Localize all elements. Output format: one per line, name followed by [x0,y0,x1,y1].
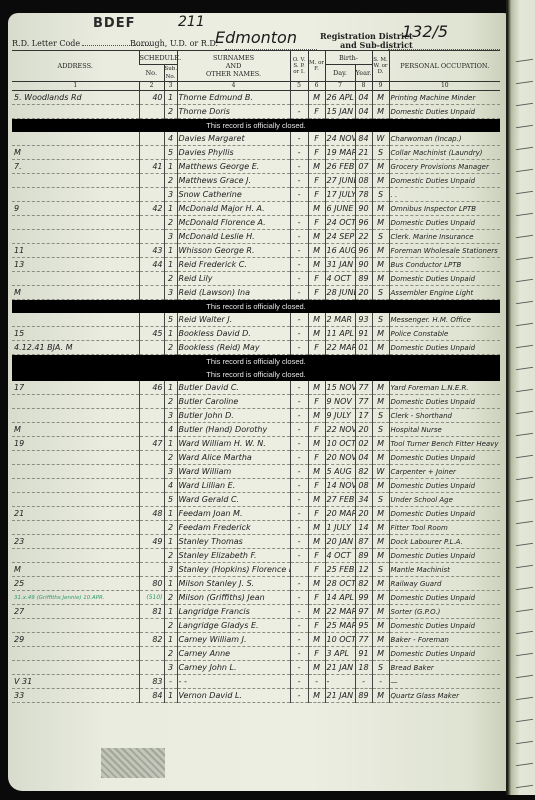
borough-label: Borough, U.D. or R.D. [130,39,218,48]
birth-day-cell: 6 JUNE [325,202,355,216]
table-row: 4Davies Margaret-F24 NOV84WCharwoman (In… [12,132,500,146]
schedule-sub-cell: 1 [164,535,177,549]
occupation-cell: Clerk - Shorthand [389,409,500,423]
table-row: 19471Ward William H. W. N.-M10 OCT02MToo… [12,437,500,451]
birth-day-cell: 2 MAR [325,313,355,327]
sex-cell: F [308,549,325,563]
birth-year-cell: 89 [355,689,372,703]
occupation-cell: Quartz Glass Maker [389,689,500,703]
marital-cell: M [372,507,389,521]
schedule-sub-cell: 2 [164,105,177,119]
birth-day-cell: 9 JULY [325,409,355,423]
schedule-no-cell: 45 [139,327,164,341]
birth-day-cell: 17 JULY [325,188,355,202]
name-cell: McDonald Florence A. [177,216,290,230]
schedule-sub-cell: 2 [164,549,177,563]
table-row: 25801Milson Stanley J. S.-M28 OCT82MRail… [12,577,500,591]
schedule-sub-cell: 2 [164,174,177,188]
name-cell: Matthews George E. [177,160,290,174]
birth-year-cell: 04 [355,105,372,119]
ruled-line [516,697,533,700]
name-cell: Butler David C. [177,381,290,395]
table-row: 15451Bookless David D.-M11 APL91MPolice … [12,327,500,341]
table-row: 4Ward Lillian E.-F14 NOV08MDomestic Duti… [12,479,500,493]
ovspi-cell: - [290,216,308,230]
name-cell: Reid Walter J. [177,313,290,327]
occupation-cell: Omnibus Inspector LPTB [389,202,500,216]
address-cell: 29 [12,633,139,647]
birth-year-cell: 97 [355,605,372,619]
name-cell: Feedam Joan M. [177,507,290,521]
sex-cell: M [308,437,325,451]
ruled-line [516,499,533,502]
schedule-sub-cell: 1 [164,244,177,258]
table-row: 4.12.41 BJA. M2Bookless (Reid) May-F22 M… [12,341,500,355]
ovspi-cell: - [290,230,308,244]
col-names: SURNAMESANDOTHER NAMES. [177,51,290,82]
occupation-cell: Dock Labourer P.L.A. [389,535,500,549]
closed-record-text: This record is officially closed. [12,119,500,133]
ruled-line [516,785,533,788]
schedule-sub-cell: 5 [164,493,177,507]
ovspi-cell: - [290,549,308,563]
name-cell: Milson (Griffiths) Jean [177,591,290,605]
ruled-line [516,433,533,436]
ruled-line [516,103,533,106]
ruled-line [516,719,533,722]
marital-cell: M [372,605,389,619]
sex-cell: M [308,633,325,647]
birth-day-cell: 24 OCT [325,216,355,230]
ovspi-cell: - [290,591,308,605]
occupation-cell: Tool Turner Bench Fitter Heavy Worker [389,437,500,451]
sex-cell: M [308,493,325,507]
ovspi-cell: - [290,465,308,479]
occupation-cell: Fitter Tool Room [389,521,500,535]
birth-year-cell: 99 [355,591,372,605]
col-occupation: PERSONAL OCCUPATION. [389,51,500,82]
table-row: 5Ward Gerald C.-M27 FEB34SUnder School A… [12,493,500,507]
birth-day-cell: 26 FEB [325,160,355,174]
schedule-no-cell [139,188,164,202]
ruled-line [516,477,533,480]
address-cell: 15 [12,327,139,341]
address-cell [12,174,139,188]
rd-letter-code: BDEF [93,16,135,31]
ovspi-cell: - [290,479,308,493]
ruled-line [516,653,533,656]
schedule-no-cell: 83 [139,675,164,689]
birth-year-cell: 20 [355,423,372,437]
sex-cell: F [308,619,325,633]
marital-cell: M [372,381,389,395]
birth-year-cell: 89 [355,549,372,563]
marital-cell: W [372,132,389,146]
ovspi-cell: - [290,258,308,272]
name-cell: Matthews Grace J. [177,174,290,188]
address-cell: 5. Woodlands Rd [12,91,139,105]
registration-district-label: Registration District and Sub-district [320,32,413,50]
table-row: 2Carney Anne-F3 APL91MDomestic Duties Un… [12,647,500,661]
occupation-cell: Domestic Duties Unpaid [389,619,500,633]
occupation-cell: Baker - Foreman [389,633,500,647]
birth-year-cell: 90 [355,258,372,272]
occupation-cell: Grocery Provisions Manager [389,160,500,174]
sex-cell: F [308,132,325,146]
ruled-line [516,213,533,216]
column-number: 5 [290,82,308,91]
ovspi-cell: - [290,327,308,341]
table-row: 2McDonald Florence A.-F24 OCT96MDomestic… [12,216,500,230]
occupation-cell: Sorter (G.P.O.) [389,605,500,619]
ovspi-cell: - [290,395,308,409]
birth-year-cell: 91 [355,327,372,341]
birth-day-cell: 14 APL [325,591,355,605]
ruled-line [516,521,533,524]
birth-day-cell: 25 FEB [325,563,355,577]
schedule-no-cell [139,563,164,577]
table-row: 2Langridge Gladys E.-F25 MAR95MDomestic … [12,619,500,633]
ovspi-cell: - [290,521,308,535]
occupation-cell: Foreman Wholesale Stationers [389,244,500,258]
schedule-sub-cell: 1 [164,633,177,647]
schedule-sub-cell: 1 [164,327,177,341]
birth-year-cell: 22 [355,230,372,244]
ovspi-cell: - [290,286,308,300]
birth-day-cell: 14 NOV [325,479,355,493]
schedule-sub-cell: 5 [164,146,177,160]
name-cell: Carney Anne [177,647,290,661]
ovspi-cell: - [290,437,308,451]
schedule-sub-cell: 2 [164,395,177,409]
column-number: 3 [164,82,177,91]
occupation-cell: Domestic Duties Unpaid [389,451,500,465]
name-cell: Ward Lillian E. [177,479,290,493]
schedule-no-cell: 44 [139,258,164,272]
ruled-line [516,631,533,634]
ruled-line [516,257,533,260]
birth-day-cell: 27 JUNE [325,174,355,188]
schedule-sub-cell: 3 [164,409,177,423]
marital-cell: M [372,689,389,703]
table-row: 2Matthews Grace J.-F27 JUNE08MDomestic D… [12,174,500,188]
col-birth-year: Year. [355,65,372,82]
address-cell: M [12,423,139,437]
table-row: 29821Carney William J.-M10 OCT77MBaker -… [12,633,500,647]
ruled-line [516,169,533,172]
sex-cell: F [308,286,325,300]
occupation-cell: Under School Age [389,493,500,507]
name-cell: Ward William [177,465,290,479]
schedule-sub-cell: 2 [164,619,177,633]
sex-cell: F [308,174,325,188]
birth-year-cell: 01 [355,341,372,355]
ruled-line [516,609,533,612]
name-cell: Reid (Lawson) Ina [177,286,290,300]
table-row: 13441Reid Frederick C.-M31 JAN90MBus Con… [12,258,500,272]
schedule-no-cell [139,661,164,675]
column-number: 10 [389,82,500,91]
name-cell: Whisson George R. [177,244,290,258]
address-cell [12,647,139,661]
col-birth: Birth- [325,51,372,65]
ovspi-cell: - [290,188,308,202]
occupation-cell: Carpenter + Joiner [389,465,500,479]
birth-year-cell: 93 [355,313,372,327]
sex-cell: F [308,507,325,521]
birth-day-cell: 5 AUG [325,465,355,479]
schedule-sub-cell: 3 [164,230,177,244]
name-cell: Stanley Thomas [177,535,290,549]
marital-cell: S [372,286,389,300]
marital-cell: M [372,105,389,119]
schedule-sub-cell: 1 [164,689,177,703]
name-cell: Langridge Francis [177,605,290,619]
birth-day-cell: 22 MAR [325,341,355,355]
ruled-line [516,125,533,128]
sex-cell: F [308,341,325,355]
marital-cell: M [372,272,389,286]
closed-record-text: This record is officially closed. [12,368,500,381]
col-marital: S. M. W. or D. [372,51,389,82]
occupation-cell: Charwoman (Incap.) [389,132,500,146]
name-cell: McDonald Major H. A. [177,202,290,216]
marital-cell: W [372,465,389,479]
birth-day-cell: 20 NOV [325,451,355,465]
closed-record-bar: This record is officially closed. [12,119,500,133]
sex-cell: M [308,258,325,272]
birth-day-cell: 26 APL [325,91,355,105]
address-cell [12,313,139,327]
schedule-no-cell [139,521,164,535]
address-cell: M [12,286,139,300]
table-row: M3Stanley (Hopkins) Florence E.F25 FEB12… [12,563,500,577]
schedule-no-cell [139,619,164,633]
marital-cell: M [372,91,389,105]
column-number: 8 [355,82,372,91]
facing-page-edge [508,0,535,795]
marital-cell: S [372,661,389,675]
address-cell [12,521,139,535]
birth-year-cell: 82 [355,577,372,591]
ovspi-cell: - [290,313,308,327]
birth-year-cell: 17 [355,409,372,423]
occupation-cell: Domestic Duties Unpaid [389,647,500,661]
sex-cell: F [308,591,325,605]
ovspi-cell [290,91,308,105]
marital-cell: M [372,160,389,174]
ovspi-cell: - [290,493,308,507]
birth-year-cell: 95 [355,619,372,633]
sex-cell: M [308,202,325,216]
table-row: M4Butler (Hand) Dorothy-F22 NOV20SHospit… [12,423,500,437]
address-cell: 31.x.49 (Griffiths Jennie) 10.APR. [12,591,139,605]
address-cell: M [12,563,139,577]
address-cell [12,451,139,465]
occupation-cell: Collar Machinist (Laundry) [389,146,500,160]
col-schedule-sub: Sub. No. [164,65,177,82]
schedule-no-cell: 81 [139,605,164,619]
sex-cell: M [308,409,325,423]
table-row: 9421McDonald Major H. A.M6 JUNE90MOmnibu… [12,202,500,216]
name-cell: Feedam Frederick [177,521,290,535]
marital-cell: M [372,395,389,409]
birth-day-cell: 28 JUNE [325,286,355,300]
schedule-no-cell [139,132,164,146]
occupation-cell: Railway Guard [389,577,500,591]
closed-record-bar: This record is officially closed. [12,368,500,381]
ruled-line [516,389,533,392]
schedule-sub-cell: 2 [164,647,177,661]
birth-day-cell: 19 MAR [325,146,355,160]
ovspi-cell [290,563,308,577]
address-cell [12,272,139,286]
ruled-line [516,301,533,304]
table-row: 27811Langridge Francis-M22 MAR97MSorter … [12,605,500,619]
schedule-no-cell [139,549,164,563]
table-row: 3McDonald Leslie H.-M24 SEP22SClerk. Mar… [12,230,500,244]
birth-year-cell: 14 [355,521,372,535]
schedule-no-cell: 46 [139,381,164,395]
birth-day-cell: 4 OCT [325,272,355,286]
address-cell [12,465,139,479]
schedule-no-cell [139,313,164,327]
column-number: 7 [325,82,355,91]
occupation-cell: Domestic Duties Unpaid [389,341,500,355]
marital-cell: M [372,244,389,258]
sex-cell: F [308,216,325,230]
table-row: 33841Vernon David L.-M21 JAN89MQuartz Gl… [12,689,500,703]
occupation-cell: Domestic Duties Unpaid [389,105,500,119]
birth-day-cell: 1 JULY [325,521,355,535]
sex-cell: - [308,675,325,689]
occupation-cell: Clerk. Marine Insurance [389,230,500,244]
address-cell: 25 [12,577,139,591]
birth-day-cell: 16 AUG [325,244,355,258]
marital-cell: M [372,535,389,549]
col-schedule: SCHEDULE. [139,51,177,65]
marital-cell: M [372,216,389,230]
address-cell: 7. [12,160,139,174]
marital-cell: M [372,174,389,188]
table-row: 2Butler Caroline-F9 NOV77MDomestic Dutie… [12,395,500,409]
birth-year-cell: 04 [355,91,372,105]
table-row: 11431Whisson George R.-M16 AUG96MForeman… [12,244,500,258]
table-row: M5Davies Phyllis-F19 MAR21SCollar Machin… [12,146,500,160]
occupation-cell: Domestic Duties Unpaid [389,507,500,521]
table-row: 23491Stanley Thomas-M20 JAN87MDock Labou… [12,535,500,549]
table-row: 7.411Matthews George E.-M26 FEB07MGrocer… [12,160,500,174]
occupation-cell: Bus Conductor LPTB [389,258,500,272]
schedule-sub-cell: 5 [164,313,177,327]
schedule-sub-cell: 2 [164,591,177,605]
sex-cell: M [308,327,325,341]
ovspi-cell: - [290,174,308,188]
sex-cell: F [308,563,325,577]
birth-year-cell: 84 [355,132,372,146]
schedule-sub-cell: 4 [164,132,177,146]
ruled-line [516,741,533,744]
schedule-sub-cell: 4 [164,423,177,437]
occupation-cell: Bread Baker [389,661,500,675]
sex-cell: M [308,521,325,535]
ovspi-cell: - [290,689,308,703]
birth-year-cell: 20 [355,286,372,300]
table-row: 5. Woodlands Rd401Thorne Edmund B.M26 AP… [12,91,500,105]
table-row: M3Reid (Lawson) Ina-F28 JUNE20SAssembler… [12,286,500,300]
sex-cell: F [308,395,325,409]
sex-cell: F [308,451,325,465]
occupation-cell: Domestic Duties Unpaid [389,549,500,563]
address-cell: V 31 [12,675,139,689]
birth-year-cell: 12 [355,563,372,577]
occupation-cell: . . [389,188,500,202]
schedule-no-cell: 80 [139,577,164,591]
birth-day-cell: 4 OCT [325,549,355,563]
column-number: 2 [139,82,164,91]
birth-day-cell: 10 OCT [325,437,355,451]
name-cell: Carney John L. [177,661,290,675]
table-row: 2Stanley Elizabeth F.-F4 OCT89MDomestic … [12,549,500,563]
ruled-line [516,455,533,458]
name-cell: Vernon David L. [177,689,290,703]
occupation-cell: Police Constable [389,327,500,341]
schedule-sub-cell: 3 [164,563,177,577]
sex-cell: M [308,577,325,591]
birth-year-cell: 77 [355,395,372,409]
birth-year-cell: 20 [355,507,372,521]
ovspi-cell: - [290,451,308,465]
closed-record-text: This record is officially closed. [12,355,500,369]
name-cell: Ward William H. W. N. [177,437,290,451]
birth-year-cell: - [355,675,372,689]
ovspi-cell: - [290,105,308,119]
name-cell: Butler Caroline [177,395,290,409]
schedule-sub-cell: 1 [164,91,177,105]
birth-year-cell: 18 [355,661,372,675]
schedule-sub-cell: 2 [164,451,177,465]
birth-day-cell: 25 MAR [325,619,355,633]
address-cell: 27 [12,605,139,619]
ruled-line [516,345,533,348]
address-cell [12,395,139,409]
schedule-no-cell [139,493,164,507]
address-cell [12,216,139,230]
ovspi-cell: - [290,160,308,174]
marital-cell: M [372,341,389,355]
occupation-cell: — [389,675,500,689]
schedule-no-cell: 43 [139,244,164,258]
address-cell [12,105,139,119]
marital-cell: M [372,479,389,493]
name-cell: Milson Stanley J. S. [177,577,290,591]
sex-cell: M [308,605,325,619]
ovspi-cell [290,202,308,216]
ovspi-cell: - [290,619,308,633]
birth-year-cell: 91 [355,647,372,661]
ruled-line [516,763,533,766]
birth-day-cell: 24 SEP [325,230,355,244]
address-cell [12,479,139,493]
ovspi-cell: - [290,381,308,395]
birth-year-cell: 04 [355,451,372,465]
sex-cell: M [308,535,325,549]
ruled-line [516,147,533,150]
occupation-cell: Hospital Nurse [389,423,500,437]
marital-cell: S [372,423,389,437]
enumeration-district: 211 [178,14,205,30]
schedule-sub-cell: 1 [164,437,177,451]
